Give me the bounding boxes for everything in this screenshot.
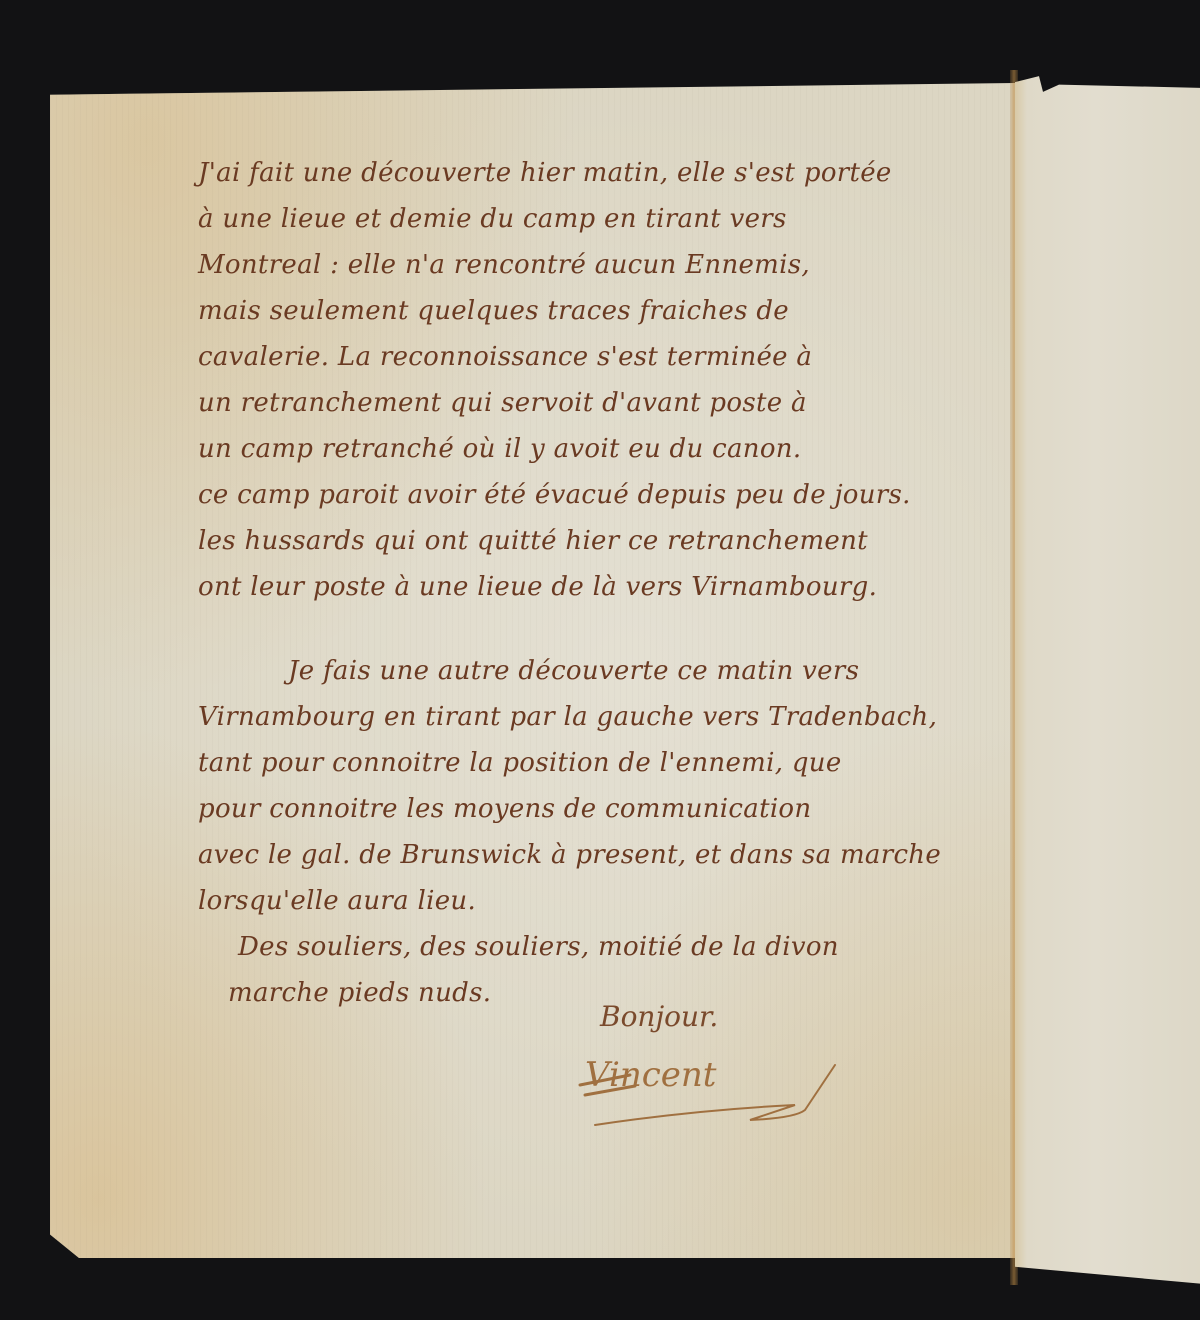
letter-body: J'ai fait une découverte hier matin, ell… bbox=[198, 150, 998, 1016]
text-line: les hussards qui ont quitté hier ce retr… bbox=[198, 518, 998, 564]
paragraph-2: Je fais une autre découverte ce matin ve… bbox=[198, 648, 998, 924]
paragraph-3: Des souliers, des souliers, moitié de la… bbox=[198, 924, 998, 1016]
adjacent-page bbox=[1015, 70, 1200, 1285]
text-line: J'ai fait une découverte hier matin, ell… bbox=[198, 150, 998, 196]
text-line: à une lieue et demie du camp en tirant v… bbox=[198, 196, 998, 242]
text-line: cavalerie. La reconnoissance s'est termi… bbox=[198, 334, 998, 380]
text-line: lorsqu'elle aura lieu. bbox=[198, 878, 998, 924]
text-line: ce camp paroit avoir été évacué depuis p… bbox=[198, 472, 998, 518]
text-line: marche pieds nuds. bbox=[198, 970, 998, 1016]
paragraph-gap bbox=[198, 610, 998, 648]
text-line: un retranchement qui servoit d'avant pos… bbox=[198, 380, 998, 426]
closing: Bonjour. bbox=[600, 1000, 718, 1033]
text-line: tant pour connoitre la position de l'enn… bbox=[198, 740, 998, 786]
text-line: pour connoitre les moyens de communicati… bbox=[198, 786, 998, 832]
text-line: avec le gal. de Brunswick à present, et … bbox=[198, 832, 998, 878]
text-line: Montreal : elle n'a rencontré aucun Enne… bbox=[198, 242, 998, 288]
text-line: Des souliers, des souliers, moitié de la… bbox=[198, 924, 998, 970]
text-line: mais seulement quelques traces fraiches … bbox=[198, 288, 998, 334]
paragraph-1: J'ai fait une découverte hier matin, ell… bbox=[198, 150, 998, 610]
text-line: Virnambourg en tirant par la gauche vers… bbox=[198, 694, 998, 740]
text-line: ont leur poste à une lieue de là vers Vi… bbox=[198, 564, 998, 610]
signature-flourish-icon bbox=[575, 1050, 845, 1130]
text-line: un camp retranché où il y avoit eu du ca… bbox=[198, 426, 998, 472]
text-line: Je fais une autre découverte ce matin ve… bbox=[198, 648, 998, 694]
